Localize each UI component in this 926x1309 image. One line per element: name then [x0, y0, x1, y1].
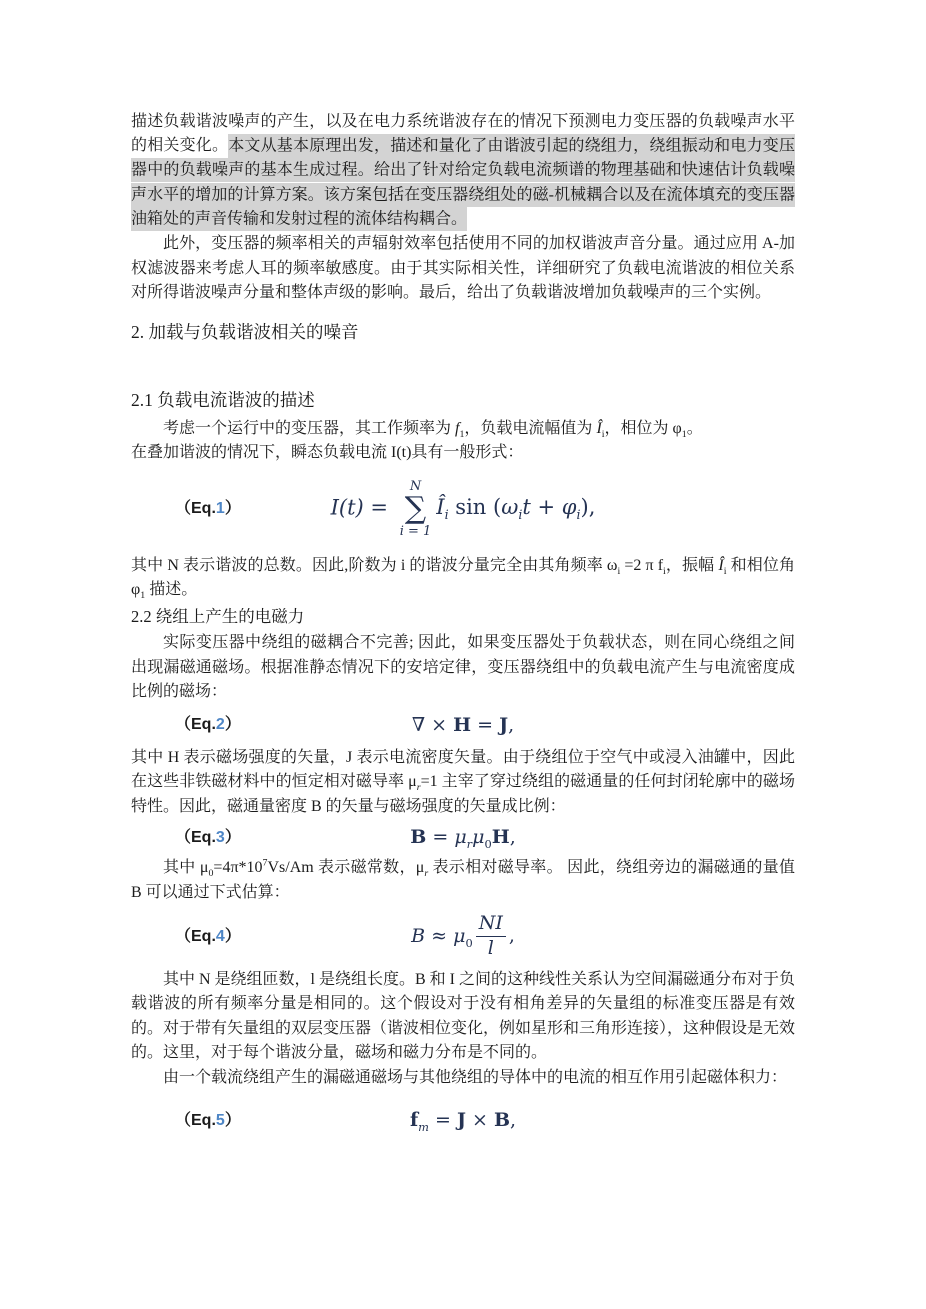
section-2-heading: 2. 加载与负载谐波相关的噪音: [131, 320, 795, 345]
summation-lower-limit: i = 1: [400, 525, 432, 538]
sigma-icon: ∑: [405, 494, 426, 524]
paragraph-before-eq5: 由一个载流绕组产生的漏磁通磁场与其他绕组的导体中的电流的相互作用引起磁体积力：: [131, 1066, 795, 1090]
equation-4-row: （Eq.4） B ≈ μ0NIl,: [131, 913, 795, 960]
document-page: 描述负载谐波噪声的产生，以及在电力系统谐波存在的情况下预测电力变压器的负载噪声水…: [0, 0, 926, 1309]
paragraph-after-eq3: 其中 μ0=4π*107Vs/Am 表示磁常数，μr 表示相对磁导率。 因此，绕…: [131, 856, 795, 905]
equation-5-row: （Eq.5） fm = J × B,: [131, 1106, 795, 1135]
fraction-denominator: l: [488, 937, 494, 960]
equation-1-lhs: I(t) =: [331, 495, 395, 519]
fraction: NIl: [476, 913, 506, 960]
summation-symbol: N∑i = 1: [400, 480, 432, 538]
equation-2-row: （Eq.2） ∇ × H = J,: [131, 711, 795, 740]
equation-4-label: （Eq.4）: [175, 924, 241, 948]
equation-5: fm = J × B,: [410, 1106, 516, 1135]
section-2-2-heading: 2.2 绕组上产生的电磁力: [131, 605, 795, 630]
equation-4: B ≈ μ0NIl,: [411, 913, 515, 960]
equation-4-comma: ,: [509, 925, 515, 947]
equation-3: B = μrμ0H,: [410, 823, 515, 852]
equation-4-lhs: B ≈ μ0: [411, 925, 473, 947]
fraction-numerator: NI: [476, 913, 506, 937]
paragraph-after-eq4: 其中 N 是绕组匝数，l 是绕组长度。B 和 I 之间的这种线性关系认为空间漏磁…: [131, 968, 795, 1066]
paragraph-after-eq2: 其中 H 表示磁场强度的矢量，J 表示电流密度矢量。由于绕组位于空气中或浸入油罐…: [131, 746, 795, 819]
section-2-1-heading: 2.1 负载电流谐波的描述: [131, 388, 795, 413]
paragraph-after-eq1: 其中 N 表示谐波的总数。因此,阶数为 i 的谐波分量完全由其角频率 ωi =2…: [131, 554, 795, 603]
equation-1-label: （Eq.1）: [175, 496, 241, 520]
abstract-paragraph-highlighted: 描述负载谐波噪声的产生，以及在电力系统谐波存在的情况下预测电力变压器的负载噪声水…: [131, 110, 795, 232]
paragraph-2-2-intro: 实际变压器中绕组的磁耦合不完善; 因此，如果变压器处于负载状态，则在同心绕组之间…: [131, 631, 795, 704]
paragraph-2-1-line2: 在叠加谐波的情况下，瞬态负载电流 I(t)具有一般形式：: [131, 441, 795, 465]
equation-2: ∇ × H = J,: [412, 711, 514, 740]
equation-1: I(t) = N∑i = 1Îi sin (ωit + φi),: [331, 480, 596, 538]
abstract-paragraph-2: 此外，变压器的频率相关的声辐射效率包括使用不同的加权谐波声音分量。通过应用 A-…: [131, 232, 795, 305]
equation-2-label: （Eq.2）: [175, 713, 241, 737]
equation-3-label: （Eq.3）: [175, 826, 241, 850]
equation-1-rhs: Îi sin (ωit + φi),: [436, 495, 595, 519]
equation-5-label: （Eq.5）: [175, 1109, 241, 1133]
equation-1-row: （Eq.1） I(t) = N∑i = 1Îi sin (ωit + φi),: [131, 480, 795, 538]
paragraph-2-1-line1: 考虑一个运行中的变压器，其工作频率为 f1，负载电流幅值为 Îi，相位为 φ1。: [131, 417, 795, 441]
equation-3-row: （Eq.3） B = μrμ0H,: [131, 823, 795, 852]
